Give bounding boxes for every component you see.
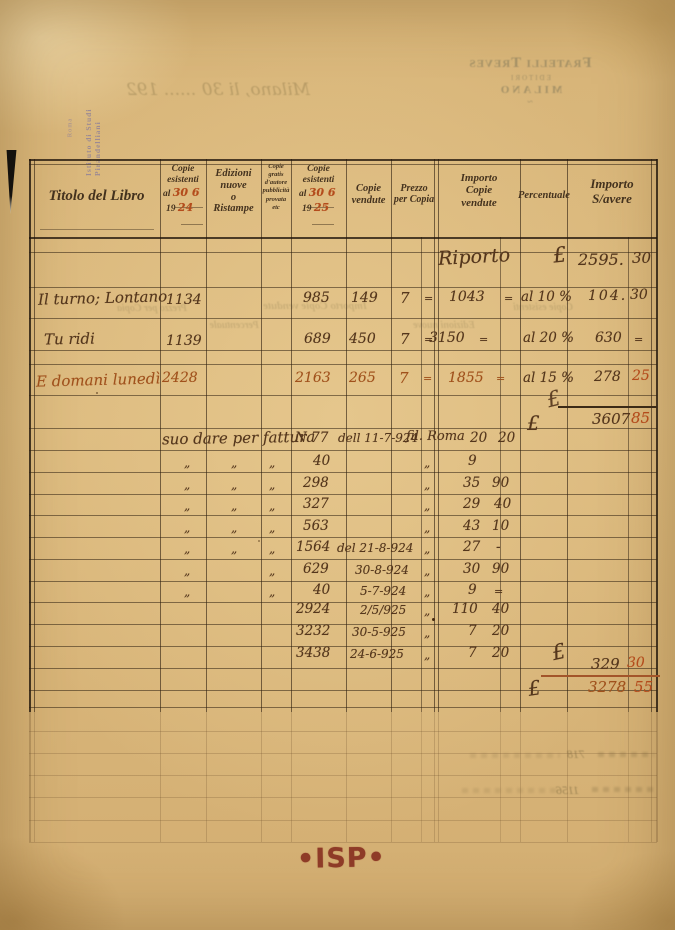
grid-line	[261, 159, 262, 842]
book-esistenti-1924: 2428	[162, 370, 198, 386]
book-vendute: 265	[349, 370, 376, 386]
bleed-script-smudge	[592, 787, 654, 792]
fattura-date: 24-6-925	[350, 647, 404, 661]
grid-line	[29, 237, 657, 239]
book-prezzo: 7	[400, 330, 410, 348]
hdr-line: Importo	[567, 177, 657, 192]
ditto-mark: „	[424, 478, 430, 492]
book-importo: 3150	[429, 330, 465, 346]
fattura-date: 30-5-925	[352, 625, 406, 639]
fattura-cents: 40	[494, 496, 511, 512]
book-importo: 1855	[448, 370, 484, 386]
ditto-mark: „	[424, 499, 430, 513]
ditto-mark: „	[269, 456, 275, 470]
treves-flourish: ~	[455, 97, 605, 108]
hdr-line: esistenti	[291, 175, 346, 186]
grid-line	[29, 350, 657, 351]
ditto-mark: „	[424, 626, 430, 640]
fattura-num: 40	[313, 453, 330, 469]
archive-stamp-small: Roma	[66, 118, 73, 138]
book-avere-cents: 25	[632, 368, 650, 384]
fattura-cents: =	[494, 585, 503, 598]
fatture-intro-amount: 20	[470, 430, 487, 446]
handwritten-date: 30 6	[309, 186, 336, 199]
fattura-date: 30-8-924	[355, 563, 409, 577]
fattura-amount: 110	[452, 601, 478, 617]
fattura-amount: 35	[463, 475, 480, 491]
hdr-line: Ristampe	[206, 203, 261, 215]
hdr-line: pubblicità	[261, 187, 291, 195]
grid-line	[29, 668, 657, 669]
grid-line	[29, 537, 657, 538]
column-header-importo-vendute: Importo Copie vendute	[438, 172, 520, 209]
ditto-mark: „	[269, 499, 275, 513]
hdr-19: 19	[302, 204, 312, 214]
book-importo-cents: =	[479, 333, 488, 346]
hdr-line: Edizioni	[206, 168, 261, 180]
fattura-num: 629	[303, 561, 329, 577]
hdr-al: al	[163, 189, 170, 199]
grid-line	[29, 364, 657, 365]
grid-line	[628, 237, 629, 842]
fattura-cents: 20	[492, 623, 509, 639]
grid-line	[29, 731, 657, 732]
ditto-mark: „	[184, 585, 190, 599]
column-header-prezzo: Prezzo per Copia	[391, 183, 437, 205]
book-esistenti-1924: 1139	[166, 333, 202, 349]
ditto-mark: „	[424, 542, 430, 556]
header-rule	[312, 224, 334, 225]
fatture-intro-branch: fil. Roma	[406, 429, 465, 444]
ditto-mark: „	[231, 521, 237, 535]
fatture-intro-cents: 20	[498, 430, 515, 446]
fattura-amount: 7	[468, 623, 477, 639]
column-header-titolo: Titolo del Libro	[33, 188, 160, 205]
book-esistenti-1925: 985	[303, 290, 330, 306]
hdr-al: al	[299, 189, 306, 199]
hdr-line: al 30 6	[160, 187, 206, 200]
fattura-cents: 90	[492, 561, 509, 577]
ditto-mark: „	[424, 604, 430, 618]
ditto-mark: „	[231, 542, 237, 556]
fattura-num: 1564	[296, 539, 330, 555]
fattura-date: 2/5/925	[360, 603, 406, 617]
fattura-cents: 20	[492, 645, 509, 661]
grid-line	[29, 690, 657, 691]
ditto-mark: „	[184, 499, 190, 513]
handwritten-date: 30 6	[173, 186, 200, 199]
grid-line	[29, 494, 657, 495]
grid-line	[29, 515, 657, 516]
hdr-line: esistenti	[160, 175, 206, 186]
column-header-copie-vendute: Copie vendute	[346, 183, 391, 207]
fattura-amount: 29	[463, 496, 480, 512]
hdr-line: nuove	[206, 180, 261, 192]
ditto-mark: „	[269, 542, 275, 556]
book-avere: 104.	[588, 288, 627, 304]
hdr-line: Copie	[160, 164, 206, 175]
total-cents: 85	[631, 409, 650, 427]
column-header-copie-esistenti-1924: Copie esistenti al 30 6 19 24	[160, 164, 206, 215]
book-vendute: 149	[351, 290, 378, 306]
book-title: Il turno; Lontano	[38, 287, 168, 308]
isp-stamp: •ISP•	[297, 842, 386, 875]
fattura-amount: 30	[463, 561, 480, 577]
hdr-line: Copie	[346, 183, 391, 195]
sum-rule	[558, 406, 657, 408]
book-importo-cents: =	[496, 372, 505, 385]
riporto-cents: 30	[632, 249, 651, 267]
ditto-mark: „	[269, 521, 275, 535]
fattura-amount: 27	[463, 539, 480, 555]
riporto-label: Riporto	[437, 244, 510, 270]
hdr-line: al 30 6	[291, 187, 346, 200]
book-importo-cents: =	[504, 292, 513, 305]
grid-line	[29, 450, 657, 451]
book-importo: 1043	[449, 289, 485, 305]
grid-line	[346, 159, 347, 842]
riporto-lira-sign: £	[552, 242, 568, 267]
fatture-intro-num: N 77	[295, 430, 328, 446]
ditto-mark: „	[424, 648, 430, 662]
book-avere: 278	[594, 369, 621, 385]
book-title: E domani lunedì	[36, 369, 161, 390]
header-rule	[40, 229, 154, 230]
ditto-mark: „	[269, 585, 275, 599]
handwritten-date-bleedthrough: Milano, li 30 ...... 192	[95, 80, 310, 100]
fattura-cents: 90	[492, 475, 509, 491]
subtotal-amount: 329	[591, 655, 620, 673]
ditto-mark: „	[269, 478, 275, 492]
hdr-line: Prezzo	[391, 183, 437, 194]
handwritten-year: 24	[178, 201, 193, 214]
ditto-mark: „	[231, 478, 237, 492]
hdr-line: provata	[261, 196, 291, 204]
hdr-line: Importo	[438, 172, 520, 184]
total-flourish: £	[544, 386, 563, 413]
grid-line	[160, 159, 161, 842]
bleed-number: 718	[567, 747, 585, 762]
fattura-num: 3438	[296, 645, 330, 661]
grid-line	[29, 472, 657, 473]
grid-line	[434, 159, 435, 842]
book-avere: 630	[595, 330, 622, 346]
grid-line	[391, 159, 392, 842]
column-header-copie-esistenti-1925: Copie esistenti al 30 6 19 25	[291, 164, 346, 215]
fattura-cents: 10	[492, 518, 509, 534]
book-esistenti-1924: 1134	[166, 292, 202, 308]
ink-speck	[96, 392, 98, 394]
ditto-mark: „	[269, 564, 275, 578]
treves-letterhead-bleedthrough: Fratelli Treves EDITORI MILANO ~	[455, 55, 605, 108]
grid-line	[29, 428, 657, 429]
grid-line	[34, 159, 35, 842]
grid-line	[206, 159, 207, 842]
ditto-mark: „	[184, 521, 190, 535]
book-percentuale: al 10 %	[521, 289, 572, 305]
scanned-ledger-page: Fratelli Treves EDITORI MILANO ~ Milano,…	[0, 0, 675, 930]
hdr-line: d'autore	[261, 179, 291, 187]
total-lira-sign: £	[527, 411, 540, 435]
book-vendute: 450	[349, 331, 376, 347]
book-prezzo-cents: =	[424, 292, 433, 305]
fattura-date: del 21-8-924	[337, 541, 413, 555]
hdr-line: gratis	[261, 171, 291, 179]
total-amount: 3607	[592, 410, 630, 428]
hdr-line: Copie	[438, 184, 520, 196]
ditto-mark: „	[231, 456, 237, 470]
grid-line	[291, 159, 292, 842]
grid-line	[421, 237, 422, 842]
grid-line	[29, 707, 657, 708]
column-header-percentuale: Percentuale	[518, 190, 569, 202]
column-header-importo-avere: Importo S/avere	[567, 177, 657, 206]
book-prezzo-cents: =	[423, 372, 432, 385]
book-esistenti-1925: 2163	[295, 370, 331, 386]
hdr-line: S/avere	[567, 192, 657, 207]
book-esistenti-1925: 689	[304, 331, 331, 347]
ditto-mark: „	[424, 521, 430, 535]
hdr-line: o	[206, 192, 261, 204]
grid-line	[29, 797, 657, 798]
hdr-line: 19 25	[291, 202, 346, 215]
grid-line	[29, 624, 657, 625]
fattura-num: 563	[303, 518, 329, 534]
ditto-mark: „	[184, 456, 190, 470]
ditto-mark: „	[184, 478, 190, 492]
book-percentuale: al 15 %	[523, 370, 574, 386]
hdr-line: per Copia	[391, 194, 437, 205]
grid-line	[29, 775, 657, 776]
hdr-line: Copie	[261, 163, 291, 171]
riporto-amount: 2595.	[578, 250, 624, 269]
fatture-intro-label: suo dare per fattura	[162, 428, 316, 449]
fattura-amount: 9	[468, 582, 477, 598]
fattura-amount: 43	[463, 518, 480, 534]
fattura-cents: -	[496, 539, 501, 555]
book-prezzo: 7	[400, 289, 410, 307]
grid-line	[29, 159, 31, 842]
grandtotal-lira-sign: £	[526, 675, 542, 701]
bleed-fragment: Percentuale	[210, 320, 259, 331]
grid-line	[29, 559, 657, 560]
ditto-mark: „	[231, 499, 237, 513]
book-title: Tu ridi	[44, 330, 95, 349]
scan-artifact-wedge	[5, 150, 18, 214]
book-avere-cents: 30	[630, 287, 648, 303]
column-header-edizioni: Edizioni nuove o Ristampe	[206, 168, 261, 215]
hdr-line: etc	[261, 204, 291, 212]
fattura-num: 2924	[296, 601, 330, 617]
grid-line	[29, 602, 657, 603]
ditto-mark: „	[424, 456, 430, 470]
fattura-amount: 7	[468, 645, 477, 661]
fattura-cents: 40	[492, 601, 509, 617]
book-percentuale: al 20 %	[523, 330, 574, 346]
hdr-line: 19 24	[160, 202, 206, 215]
grid-line	[520, 159, 521, 842]
grid-line	[656, 159, 658, 842]
subtotal-cents: 30	[627, 655, 645, 671]
grid-line	[29, 318, 657, 319]
grandtotal-cents: 55	[634, 678, 653, 696]
fattura-date: 5-7-924	[360, 584, 406, 598]
grid-line	[29, 753, 657, 754]
grid-line	[29, 581, 657, 582]
fattura-num: 3232	[296, 623, 330, 639]
treves-milano: MILANO	[455, 84, 605, 96]
treves-name: Fratelli Treves	[455, 55, 605, 72]
ditto-mark: „	[424, 585, 430, 599]
column-header-copie-gratis: Copie gratis d'autore pubblicità provata…	[261, 163, 291, 212]
treves-editori: EDITORI	[455, 74, 605, 82]
ditto-mark: „	[424, 564, 430, 578]
grid-line	[651, 159, 652, 842]
fattura-num: 327	[303, 496, 329, 512]
grid-line	[29, 395, 657, 396]
grandtotal-amount: 3278	[588, 678, 626, 696]
book-prezzo: 7	[399, 369, 409, 387]
handwritten-year: 25	[314, 201, 329, 214]
subtotal-lira-sign: £	[550, 639, 568, 665]
ink-speck	[432, 618, 435, 621]
fattura-amount: 9	[468, 453, 477, 469]
fattura-num: 298	[303, 475, 329, 491]
hdr-line: vendute	[346, 195, 391, 207]
fattura-num: 40	[313, 582, 330, 598]
hdr-line: Copie	[291, 164, 346, 175]
ink-speck	[258, 540, 260, 542]
grid-line	[29, 820, 657, 821]
hdr-line: vendute	[438, 197, 520, 209]
ditto-mark: „	[184, 542, 190, 556]
hdr-19: 19	[166, 204, 176, 214]
book-avere-cents: =	[634, 333, 643, 346]
header-rule	[181, 224, 203, 225]
ditto-mark: „	[184, 564, 190, 578]
sum-rule-red	[541, 675, 660, 677]
bleed-script-smudge	[462, 788, 557, 793]
grid-line	[29, 159, 657, 161]
